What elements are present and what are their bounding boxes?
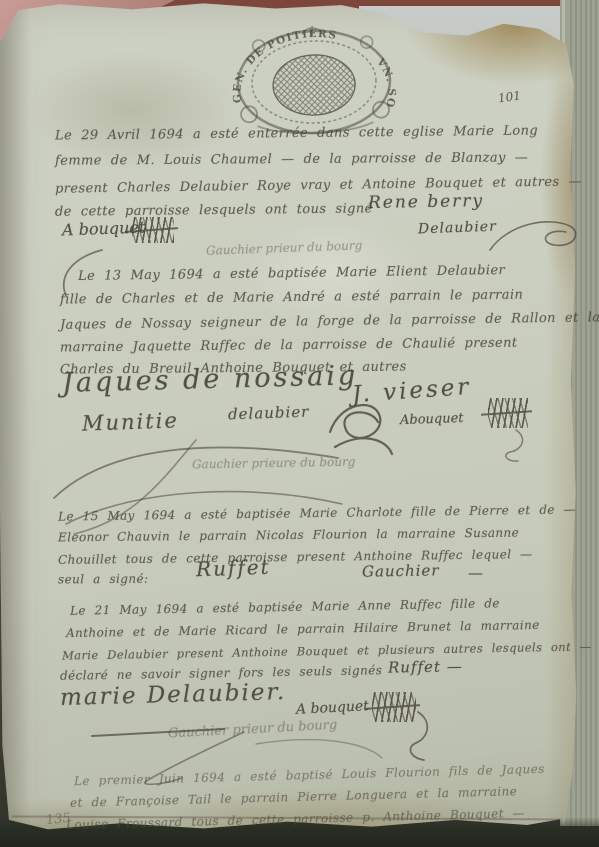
flourish — [46, 428, 356, 540]
entry-line: seul a signé: — [58, 572, 148, 587]
signature-rene-berry: Rene berry — [368, 191, 484, 213]
flourish — [486, 214, 586, 260]
tally-marks-icon — [488, 398, 528, 428]
dash-stroke: — — [468, 564, 483, 582]
tally-marks-icon — [132, 217, 174, 243]
flourish — [496, 428, 532, 464]
signature-abouquet: Abouquet — [400, 411, 464, 428]
signature-gauchier: Gauchier — [362, 561, 440, 580]
parish-register-photo: GEN. DE POITIERS VN. SOL 101 135 Le 29 A… — [0, 0, 599, 847]
signature-ruffet: Ruffet — [196, 555, 271, 582]
signature-ruffet: Ruffet — — [388, 657, 463, 676]
flourish — [398, 708, 438, 764]
signature-delaubier: delaubier — [228, 403, 310, 424]
